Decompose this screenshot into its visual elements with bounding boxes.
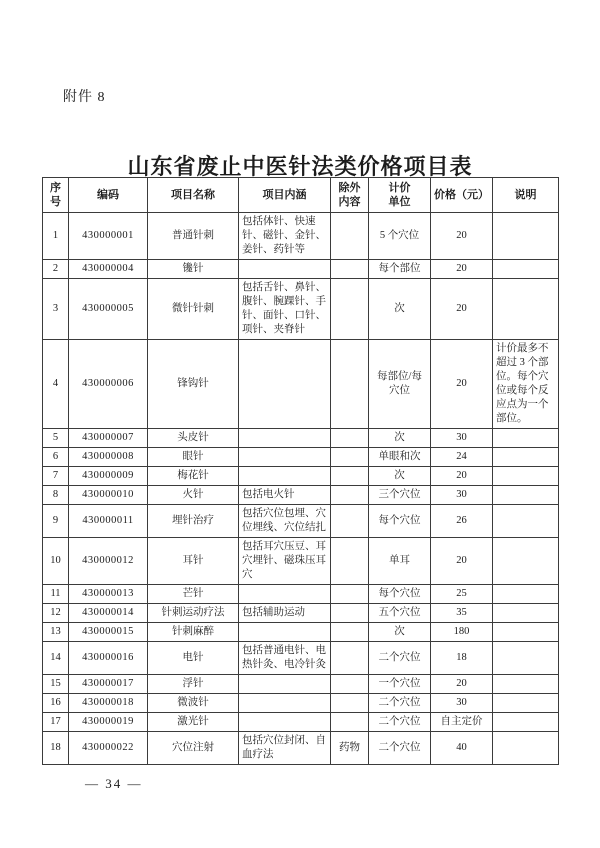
cell-name: 微针针刺 (148, 279, 239, 340)
cell-name: 眼针 (148, 448, 239, 467)
cell-no: 18 (43, 732, 69, 765)
table-row: 9430000011埋针治疗包括穴位包埋、穴位埋线、穴位结扎每个穴位26 (43, 505, 559, 538)
cell-note (493, 694, 559, 713)
cell-code: 430000016 (69, 642, 148, 675)
cell-price: 25 (431, 585, 493, 604)
page-number: — 34 — (85, 776, 143, 792)
cell-price: 20 (431, 213, 493, 260)
table-row: 8430000010火针包括电火针三个穴位30 (43, 486, 559, 505)
cell-note (493, 623, 559, 642)
cell-code: 430000010 (69, 486, 148, 505)
cell-content: 包括耳穴压豆、耳穴埋针、磁珠压耳穴 (239, 538, 331, 585)
cell-price: 35 (431, 604, 493, 623)
cell-name: 普通针刺 (148, 213, 239, 260)
cell-unit: 次 (369, 279, 431, 340)
cell-note (493, 448, 559, 467)
table-row: 4430000006锋钩针每部位/每穴位20计价最多不超过 3 个部位。每个穴位… (43, 340, 559, 429)
cell-code: 430000014 (69, 604, 148, 623)
cell-unit: 次 (369, 429, 431, 448)
cell-no: 16 (43, 694, 69, 713)
cell-exclusion (331, 260, 369, 279)
cell-name: 芒针 (148, 585, 239, 604)
cell-price: 18 (431, 642, 493, 675)
cell-unit: 三个穴位 (369, 486, 431, 505)
cell-note (493, 467, 559, 486)
cell-name: 火针 (148, 486, 239, 505)
cell-code: 430000009 (69, 467, 148, 486)
cell-code: 430000004 (69, 260, 148, 279)
cell-no: 5 (43, 429, 69, 448)
header-note: 说明 (493, 178, 559, 213)
table-row: 3430000005微针针刺包括舌针、鼻针、腹针、腕踝针、手针、面针、口针、项针… (43, 279, 559, 340)
cell-name: 头皮针 (148, 429, 239, 448)
cell-exclusion (331, 713, 369, 732)
price-table-body: 1430000001普通针刺包括体针、快速针、磁针、金针、姜针、药针等5 个穴位… (43, 213, 559, 765)
cell-exclusion (331, 486, 369, 505)
cell-content (239, 713, 331, 732)
cell-unit: 单眼和次 (369, 448, 431, 467)
cell-no: 12 (43, 604, 69, 623)
cell-exclusion (331, 642, 369, 675)
cell-exclusion (331, 279, 369, 340)
cell-unit: 二个穴位 (369, 732, 431, 765)
cell-code: 430000007 (69, 429, 148, 448)
table-row: 15430000017浮针一个穴位20 (43, 675, 559, 694)
cell-note (493, 429, 559, 448)
cell-name: 耳针 (148, 538, 239, 585)
cell-note (493, 713, 559, 732)
cell-exclusion (331, 585, 369, 604)
cell-name: 锋钩针 (148, 340, 239, 429)
cell-content: 包括舌针、鼻针、腹针、腕踝针、手针、面针、口针、项针、夹脊针 (239, 279, 331, 340)
cell-code: 430000012 (69, 538, 148, 585)
cell-unit: 一个穴位 (369, 675, 431, 694)
cell-name: 针刺麻醉 (148, 623, 239, 642)
cell-name: 镵针 (148, 260, 239, 279)
cell-exclusion (331, 505, 369, 538)
cell-no: 1 (43, 213, 69, 260)
cell-price: 30 (431, 694, 493, 713)
table-header-row: 序 号 编码 项目名称 项目内涵 除外 内容 计价 单位 价格（元） 说明 (43, 178, 559, 213)
price-table: 序 号 编码 项目名称 项目内涵 除外 内容 计价 单位 价格（元） 说明 14… (42, 177, 559, 765)
cell-exclusion (331, 467, 369, 486)
cell-unit: 次 (369, 467, 431, 486)
cell-no: 14 (43, 642, 69, 675)
cell-exclusion (331, 694, 369, 713)
header-price: 价格（元） (431, 178, 493, 213)
table-row: 10430000012耳针包括耳穴压豆、耳穴埋针、磁珠压耳穴单耳20 (43, 538, 559, 585)
cell-note: 计价最多不超过 3 个部位。每个穴位或每个反应点为一个部位。 (493, 340, 559, 429)
cell-code: 430000022 (69, 732, 148, 765)
table-row: 16430000018微波针二个穴位30 (43, 694, 559, 713)
cell-unit: 每个穴位 (369, 585, 431, 604)
cell-unit: 每部位/每穴位 (369, 340, 431, 429)
cell-unit: 五个穴位 (369, 604, 431, 623)
cell-note (493, 486, 559, 505)
cell-note (493, 732, 559, 765)
cell-unit: 单耳 (369, 538, 431, 585)
cell-code: 430000008 (69, 448, 148, 467)
table-row: 5430000007头皮针次30 (43, 429, 559, 448)
cell-content (239, 448, 331, 467)
cell-exclusion (331, 448, 369, 467)
cell-name: 针刺运动疗法 (148, 604, 239, 623)
cell-code: 430000018 (69, 694, 148, 713)
cell-price: 自主定价 (431, 713, 493, 732)
cell-exclusion (331, 604, 369, 623)
cell-note (493, 642, 559, 675)
cell-name: 穴位注射 (148, 732, 239, 765)
cell-content: 包括穴位封闭、自血疗法 (239, 732, 331, 765)
cell-content: 包括辅助运动 (239, 604, 331, 623)
cell-price: 20 (431, 467, 493, 486)
table-row: 17430000019激光针二个穴位自主定价 (43, 713, 559, 732)
cell-exclusion (331, 213, 369, 260)
cell-name: 微波针 (148, 694, 239, 713)
cell-exclusion (331, 675, 369, 694)
cell-name: 梅花针 (148, 467, 239, 486)
cell-note (493, 675, 559, 694)
cell-price: 26 (431, 505, 493, 538)
cell-exclusion (331, 340, 369, 429)
header-content: 项目内涵 (239, 178, 331, 213)
cell-no: 3 (43, 279, 69, 340)
cell-content (239, 585, 331, 604)
cell-no: 13 (43, 623, 69, 642)
table-row: 2430000004镵针每个部位20 (43, 260, 559, 279)
cell-price: 20 (431, 260, 493, 279)
cell-no: 7 (43, 467, 69, 486)
cell-note (493, 260, 559, 279)
cell-content (239, 429, 331, 448)
cell-no: 2 (43, 260, 69, 279)
cell-price: 20 (431, 538, 493, 585)
cell-price: 30 (431, 486, 493, 505)
cell-no: 6 (43, 448, 69, 467)
cell-no: 8 (43, 486, 69, 505)
cell-content: 包括穴位包埋、穴位埋线、穴位结扎 (239, 505, 331, 538)
cell-no: 17 (43, 713, 69, 732)
cell-content (239, 623, 331, 642)
cell-note (493, 279, 559, 340)
header-exclusion: 除外 内容 (331, 178, 369, 213)
cell-unit: 二个穴位 (369, 694, 431, 713)
cell-name: 埋针治疗 (148, 505, 239, 538)
cell-content (239, 260, 331, 279)
cell-exclusion: 药物 (331, 732, 369, 765)
cell-name: 浮针 (148, 675, 239, 694)
cell-code: 430000015 (69, 623, 148, 642)
cell-content: 包括电火针 (239, 486, 331, 505)
cell-code: 430000001 (69, 213, 148, 260)
cell-price: 20 (431, 340, 493, 429)
table-row: 14430000016电针包括普通电针、电热针灸、电冷针灸二个穴位18 (43, 642, 559, 675)
table-row: 1430000001普通针刺包括体针、快速针、磁针、金针、姜针、药针等5 个穴位… (43, 213, 559, 260)
cell-exclusion (331, 538, 369, 585)
cell-name: 电针 (148, 642, 239, 675)
cell-content (239, 467, 331, 486)
cell-code: 430000019 (69, 713, 148, 732)
cell-exclusion (331, 623, 369, 642)
cell-content (239, 675, 331, 694)
attachment-label: 附件 8 (63, 86, 106, 106)
header-unit: 计价 单位 (369, 178, 431, 213)
table-row: 6430000008眼针单眼和次24 (43, 448, 559, 467)
cell-code: 430000011 (69, 505, 148, 538)
cell-code: 430000017 (69, 675, 148, 694)
cell-content (239, 694, 331, 713)
cell-price: 24 (431, 448, 493, 467)
cell-code: 430000005 (69, 279, 148, 340)
cell-note (493, 505, 559, 538)
cell-price: 20 (431, 279, 493, 340)
cell-price: 180 (431, 623, 493, 642)
cell-content: 包括普通电针、电热针灸、电冷针灸 (239, 642, 331, 675)
cell-content (239, 340, 331, 429)
cell-unit: 每个部位 (369, 260, 431, 279)
table-row: 11430000013芒针每个穴位25 (43, 585, 559, 604)
cell-content: 包括体针、快速针、磁针、金针、姜针、药针等 (239, 213, 331, 260)
cell-unit: 5 个穴位 (369, 213, 431, 260)
table-header: 序 号 编码 项目名称 项目内涵 除外 内容 计价 单位 价格（元） 说明 (43, 178, 559, 213)
cell-note (493, 604, 559, 623)
cell-no: 9 (43, 505, 69, 538)
header-name: 项目名称 (148, 178, 239, 213)
cell-unit: 每个穴位 (369, 505, 431, 538)
table-row: 7430000009梅花针次20 (43, 467, 559, 486)
cell-name: 激光针 (148, 713, 239, 732)
table-row: 13430000015针刺麻醉次180 (43, 623, 559, 642)
table-row: 12430000014针刺运动疗法包括辅助运动五个穴位35 (43, 604, 559, 623)
cell-exclusion (331, 429, 369, 448)
cell-no: 11 (43, 585, 69, 604)
cell-unit: 二个穴位 (369, 642, 431, 675)
cell-code: 430000006 (69, 340, 148, 429)
header-code: 编码 (69, 178, 148, 213)
cell-no: 4 (43, 340, 69, 429)
table-row: 18430000022穴位注射包括穴位封闭、自血疗法药物二个穴位40 (43, 732, 559, 765)
cell-note (493, 213, 559, 260)
cell-note (493, 538, 559, 585)
cell-unit: 二个穴位 (369, 713, 431, 732)
cell-note (493, 585, 559, 604)
header-no: 序 号 (43, 178, 69, 213)
cell-no: 15 (43, 675, 69, 694)
cell-price: 20 (431, 675, 493, 694)
cell-no: 10 (43, 538, 69, 585)
cell-price: 40 (431, 732, 493, 765)
cell-code: 430000013 (69, 585, 148, 604)
cell-unit: 次 (369, 623, 431, 642)
cell-price: 30 (431, 429, 493, 448)
